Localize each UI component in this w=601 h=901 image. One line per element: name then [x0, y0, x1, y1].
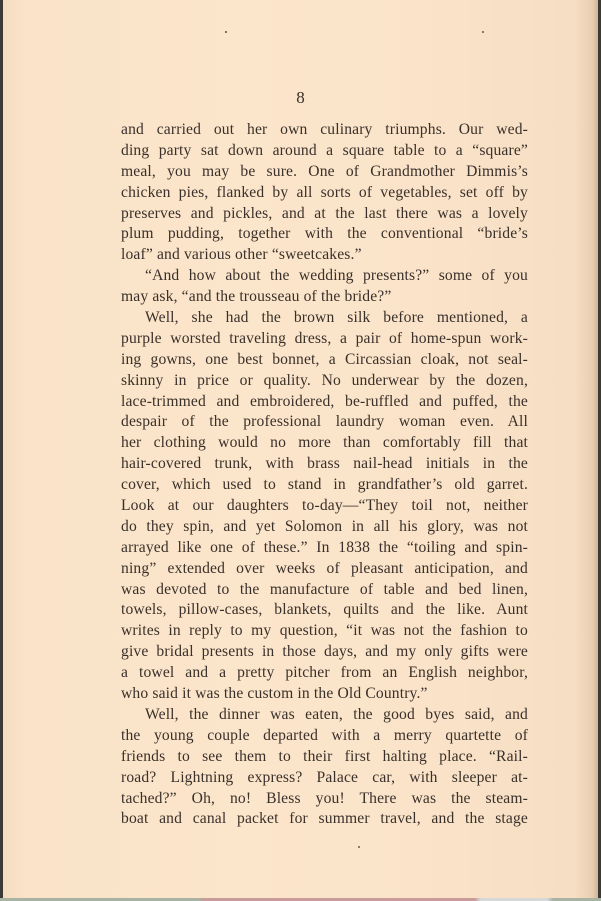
text-line: skinny in price or quality. No underwear…: [121, 371, 528, 392]
page-number: 8: [3, 88, 598, 108]
text-line: purple worsted traveling dress, a pair o…: [121, 329, 528, 350]
paper-speck: [225, 31, 227, 33]
text-line: arrayed like one of these.” In 1838 the …: [121, 538, 528, 559]
text-line: writes in reply to my question, “it was …: [121, 621, 528, 642]
text-line: Well, the dinner was eaten, the good bye…: [121, 705, 528, 726]
scanned-book-page: 8 and carried out her own culinary trium…: [3, 0, 598, 898]
text-line: lace-trimmed and embroidered, be-ruffled…: [121, 392, 528, 413]
text-line: who said it was the custom in the Old Co…: [121, 684, 528, 705]
text-line: was devoted to the manufacture of table …: [121, 580, 528, 601]
text-line: towels, pillow-cases, blankets, quilts a…: [121, 600, 528, 621]
text-line: ning” extended over weeks of pleasant an…: [121, 559, 528, 580]
text-line: plum pudding, together with the conventi…: [121, 224, 528, 245]
text-line: loaf” and various other “sweetcakes.”: [121, 245, 528, 266]
text-line: hair-covered trunk, with brass nail-head…: [121, 454, 528, 475]
text-line: her clothing would no more than comforta…: [121, 433, 528, 454]
text-line: road? Lightning express? Palace car, wit…: [121, 768, 528, 789]
text-line: “And how about the wedding presents?” so…: [121, 266, 528, 287]
paper-speck: [358, 846, 360, 848]
text-line: Well, she had the brown silk before ment…: [121, 308, 528, 329]
text-line: may ask, “and the trousseau of the bride…: [121, 287, 528, 308]
text-line: friends to see them to their first halti…: [121, 747, 528, 768]
text-line: tached?” Oh, no! Bless you! There was th…: [121, 789, 528, 810]
text-line: and carried out her own culinary triumph…: [121, 120, 528, 141]
text-line: chicken pies, flanked by all sorts of ve…: [121, 183, 528, 204]
text-line: ing gowns, one best bonnet, a Circassian…: [121, 350, 528, 371]
text-line: preserves and pickles, and at the last t…: [121, 204, 528, 225]
text-line: give bridal presents in those days, and …: [121, 642, 528, 663]
text-line: cover, which used to stand in grandfathe…: [121, 475, 528, 496]
text-line: despair of the professional laundry woma…: [121, 412, 528, 433]
text-line: the young couple departed with a merry q…: [121, 726, 528, 747]
text-line: do they spin, and yet Solomon in all his…: [121, 517, 528, 538]
body-text: and carried out her own culinary triumph…: [121, 120, 528, 830]
paper-speck: [482, 31, 484, 33]
text-line: a towel and a pretty pitcher from an Eng…: [121, 663, 528, 684]
text-line: ding party sat down around a square tabl…: [121, 141, 528, 162]
text-line: meal, you may be sure. One of Grandmothe…: [121, 162, 528, 183]
text-line: Look at our daughters to-day—“They toil …: [121, 496, 528, 517]
text-line: boat and canal packet for summer travel,…: [121, 809, 528, 830]
